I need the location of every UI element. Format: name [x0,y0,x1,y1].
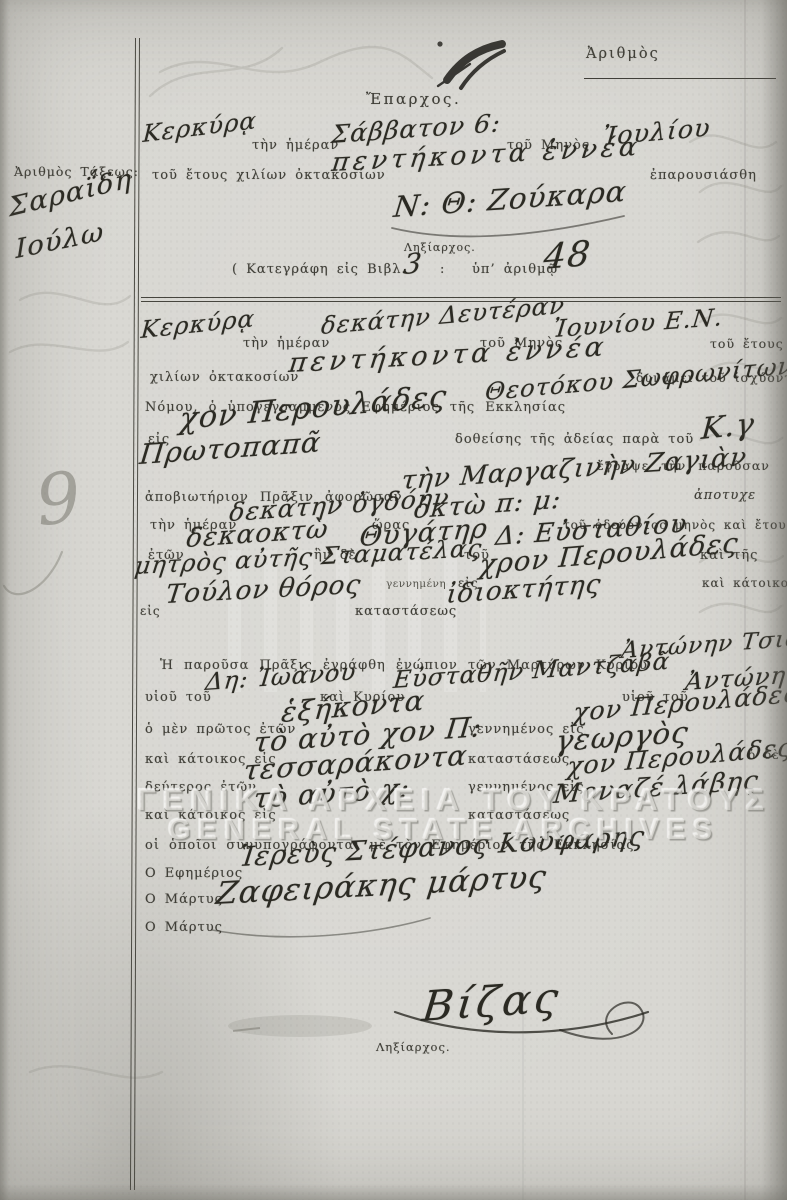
margin-double-rule [130,38,140,1190]
book-number-handwriting: 3 [402,246,424,281]
permission-handwriting: Κ.γ [700,407,756,447]
page-edge-right [761,0,787,1200]
margin-name-handwriting-2: Ιούλω [15,216,105,265]
footer-registrar-label: Ληξίαρχος. [376,1040,451,1054]
permission-label: δοθείσης τῆς ἀδείας παρὰ τοῦ [455,432,694,447]
number-underline [584,78,776,79]
witness1-son-label: υἱοῦ τοῦ [145,690,212,705]
number-label: Ἀριθμὸς [586,46,660,62]
pencil-mark: 9 [32,456,85,542]
page-edge-bottom [0,1184,787,1200]
presented-verb-label: ἐπαρουσιάσθη [650,168,757,183]
archive-watermark-line2: GENERAL STATE ARCHIVES [168,814,719,847]
page-edge-left [0,0,9,1200]
presented-place-handwriting: Κερκύρᾳ [142,106,258,148]
record-number-handwriting: 48 [542,234,593,278]
fold-crease [744,0,746,1200]
fold-crease-bottom [522,990,524,1200]
residence-at-label: εἰς [140,604,161,618]
witness2-label: Ο Μάρτυς [145,920,223,935]
archive-watermark-line1: ΓΕΝΙΚΑ ΑΡΧΕΙΑ ΤΟΥ ΚΡΑΤΟΥΣ [137,782,771,818]
act-year-label: χιλίων ὀκτακοσίων [150,370,299,385]
born-label: γεννημένη [386,578,446,590]
scanned-death-act-document: Ἀριθμὸς Ἔπαρχος. Κερκύρᾳ τὴν ἡμέραν Σάββ… [0,0,787,1200]
died-label: ἀποτυχε [694,488,756,503]
status-label: καταστάσεως [355,604,457,619]
registered-book-label: ( Κατεγράφη εἰς Βιβλ. [232,262,407,277]
header-registrar-signature: Ν: Θ: Ζούκαρα [392,174,628,224]
witness1-label: Ο Μάρτυς [145,892,223,907]
book-colon: : [440,262,445,277]
act-place-handwriting: Κερκύρᾳ [140,304,256,344]
eparch-label: Ἔπαρχος. [366,90,461,108]
presented-day-label: τὴν ἡμέραν [252,138,339,153]
registrar-signature-handwriting: Βίζας [420,973,564,1031]
